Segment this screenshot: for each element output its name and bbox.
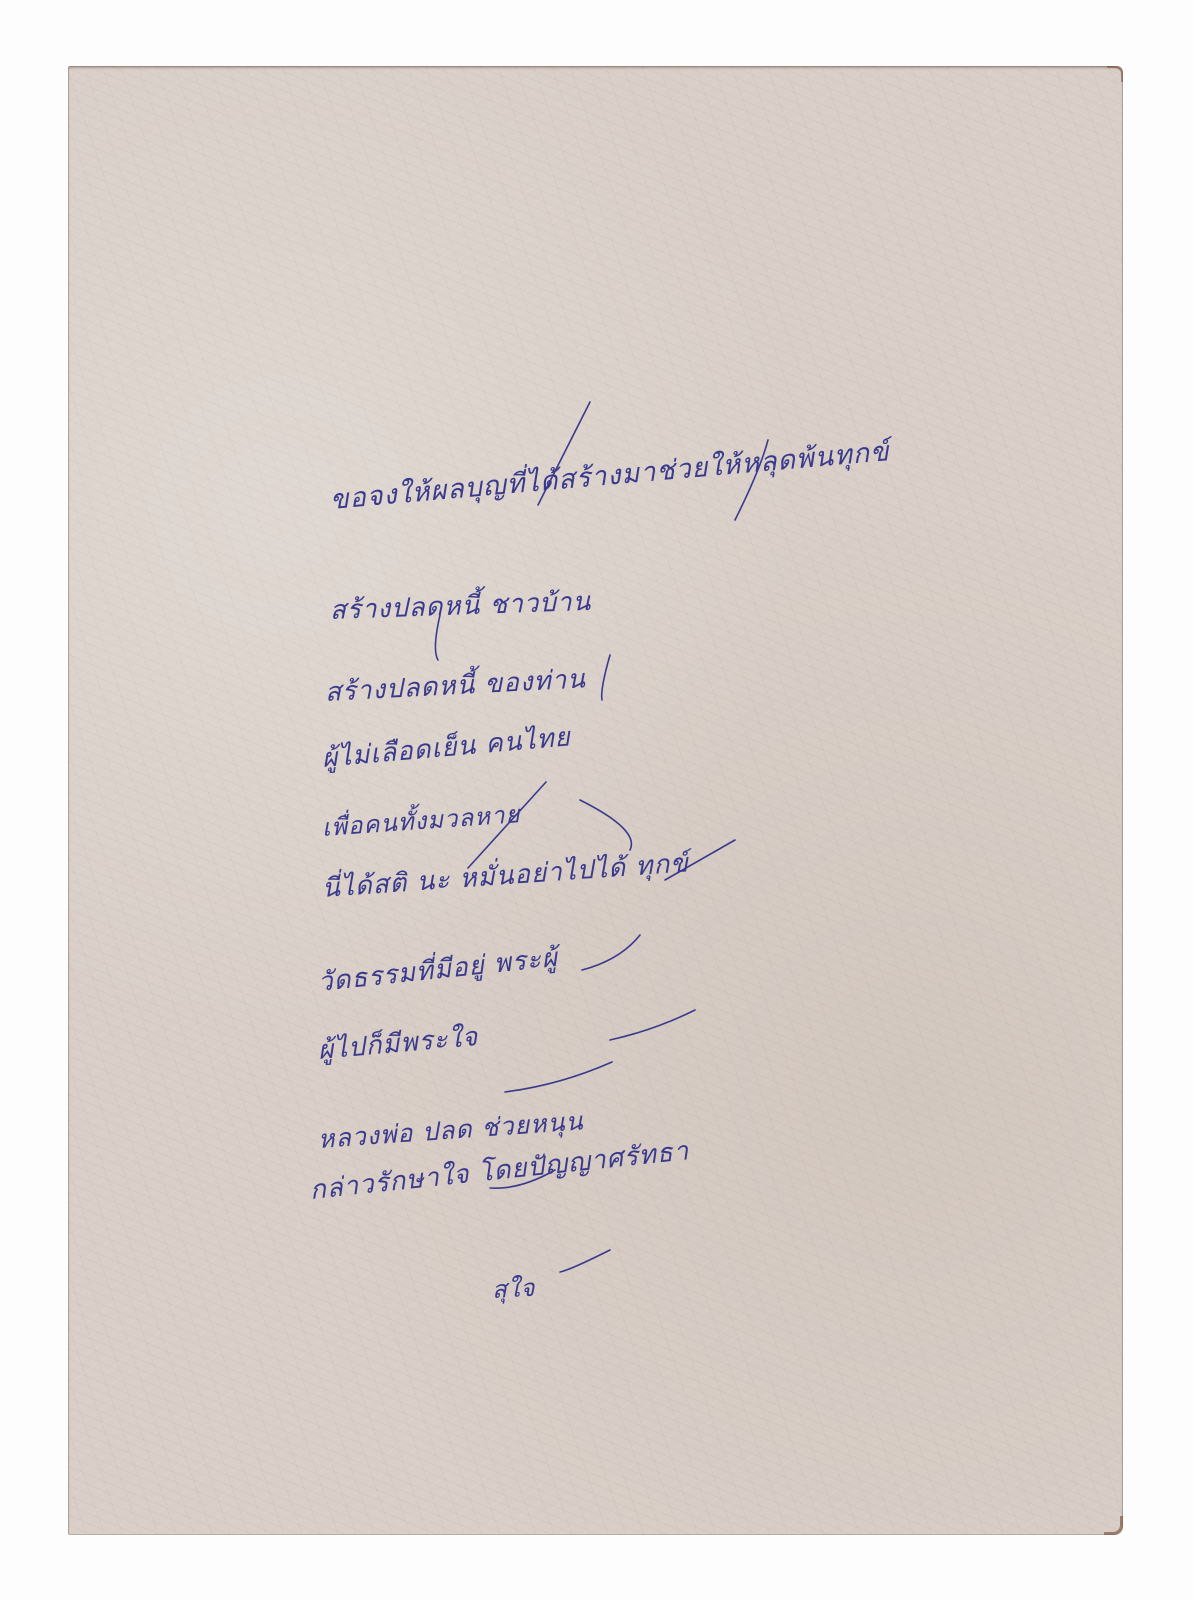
pen-strokes bbox=[0, 0, 1193, 1600]
signature: สุใจ bbox=[491, 1268, 536, 1309]
